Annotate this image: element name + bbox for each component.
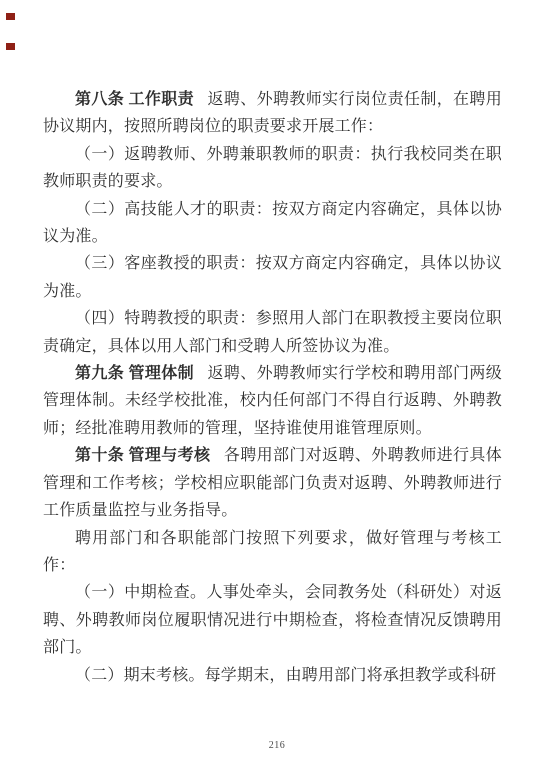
document-page: { "page": { "number": "216" }, "colors":… (0, 0, 554, 783)
article-heading: 第十条 管理与考核 (75, 447, 210, 464)
document-text-block: 第八条 工作职责返聘、外聘教师实行岗位责任制，在聘用协议期内，按照所聘岗位的职责… (43, 86, 502, 689)
article-heading: 第九条 管理体制 (75, 365, 194, 382)
paragraph: （三）客座教授的职责：按双方商定内容确定，具体以协议为准。 (43, 250, 502, 305)
paragraph-text: （二）期末考核。每学期末，由聘用部门将承担教学或科研 (75, 667, 496, 684)
paragraph: （一）返聘教师、外聘兼职教师的职责：执行我校同类在职教师职责的要求。 (43, 141, 502, 196)
page-number: 216 (0, 740, 554, 751)
paragraph: 聘用部门和各职能部门按照下列要求，做好管理与考核工作： (43, 525, 502, 580)
paragraph-text: 聘用部门和各职能部门按照下列要求，做好管理与考核工作： (43, 530, 502, 574)
paragraph: （二）高技能人才的职责：按双方商定内容确定，具体以协议为准。 (43, 196, 502, 251)
paragraph: 第八条 工作职责返聘、外聘教师实行岗位责任制，在聘用协议期内，按照所聘岗位的职责… (43, 86, 502, 141)
article-heading: 第八条 工作职责 (75, 91, 194, 108)
paragraph: （一）中期检查。人事处牵头，会同教务处（科研处）对返聘、外聘教师岗位履职情况进行… (43, 579, 502, 661)
page-background: 第八条 工作职责返聘、外聘教师实行岗位责任制，在聘用协议期内，按照所聘岗位的职责… (0, 0, 554, 783)
paragraph-text: （一）返聘教师、外聘兼职教师的职责：执行我校同类在职教师职责的要求。 (43, 146, 502, 190)
paragraph-text: （二）高技能人才的职责：按双方商定内容确定，具体以协议为准。 (43, 201, 502, 245)
red-margin-mark-bottom (6, 43, 15, 50)
paragraph-text: （三）客座教授的职责：按双方商定内容确定，具体以协议为准。 (43, 255, 502, 299)
paragraph: 第九条 管理体制返聘、外聘教师实行学校和聘用部门两级管理体制。未经学校批准，校内… (43, 360, 502, 442)
paragraph-text: （四）特聘教授的职责：参照用人部门在职教授主要岗位职责确定，具体以用人部门和受聘… (43, 310, 502, 354)
paragraph: （二）期末考核。每学期末，由聘用部门将承担教学或科研 (43, 662, 502, 689)
paragraph: 第十条 管理与考核各聘用部门对返聘、外聘教师进行具体管理和工作考核；学校相应职能… (43, 442, 502, 524)
paragraph: （四）特聘教授的职责：参照用人部门在职教授主要岗位职责确定，具体以用人部门和受聘… (43, 305, 502, 360)
paragraph-text: （一）中期检查。人事处牵头，会同教务处（科研处）对返聘、外聘教师岗位履职情况进行… (43, 584, 502, 656)
red-margin-mark-top (6, 13, 15, 20)
